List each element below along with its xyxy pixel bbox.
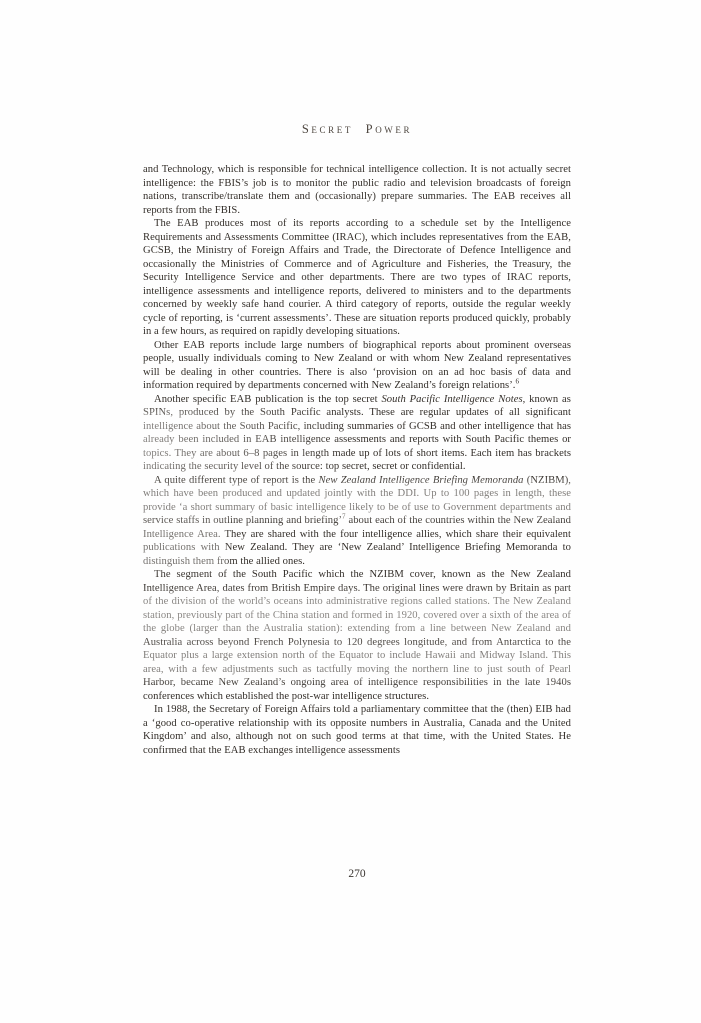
text-run: A quite different type of report is the <box>154 475 319 486</box>
book-page: Secret Power and Technology, which is re… <box>0 0 701 1023</box>
text-run: known as SPINs, produced by the South Pa… <box>143 394 571 473</box>
paragraph: A quite different type of report is the … <box>143 474 571 569</box>
footnote-ref: 6 <box>516 377 520 385</box>
text-run: and Technology, which is responsible for… <box>143 164 571 216</box>
text-run: The segment of the South Pacific which t… <box>143 569 571 702</box>
text-run: Other EAB reports include large numbers … <box>143 340 571 392</box>
text-run: Another specific EAB publication is the … <box>154 394 381 405</box>
paragraph: The EAB produces most of its reports acc… <box>143 217 571 339</box>
text-run: In 1988, the Secretary of Foreign Affair… <box>143 704 571 756</box>
text-run: The EAB produces most of its reports acc… <box>143 218 571 337</box>
text-run: South Pacific Intelligence Notes, <box>381 394 525 405</box>
text-run: New Zealand Intelligence Briefing Memora… <box>319 475 524 486</box>
page-number: 270 <box>143 868 571 880</box>
paragraph: Other EAB reports include large numbers … <box>143 339 571 393</box>
paragraph: and Technology, which is responsible for… <box>143 163 571 217</box>
paragraph: The segment of the South Pacific which t… <box>143 568 571 703</box>
body-text: and Technology, which is responsible for… <box>143 163 571 757</box>
paragraph: Another specific EAB publication is the … <box>143 393 571 474</box>
paragraph: In 1988, the Secretary of Foreign Affair… <box>143 703 571 757</box>
running-header: Secret Power <box>143 122 571 137</box>
